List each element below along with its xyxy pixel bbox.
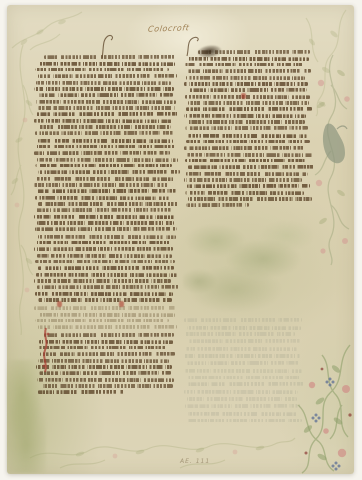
right-column-main <box>186 50 312 210</box>
text-line <box>38 266 174 270</box>
text-line <box>34 215 175 219</box>
text-line <box>184 114 306 118</box>
text-line <box>44 54 176 58</box>
text-line <box>186 107 312 111</box>
text-line <box>44 332 174 336</box>
text-line <box>186 172 308 176</box>
text-line <box>39 371 171 375</box>
text-line <box>35 100 176 104</box>
text-line <box>38 170 180 174</box>
text-line <box>188 376 301 380</box>
text-line <box>34 305 176 309</box>
text-line <box>188 133 307 137</box>
text-line <box>38 390 124 394</box>
text-line <box>188 339 303 343</box>
text-line <box>35 292 173 296</box>
text-line <box>184 178 302 182</box>
text-line <box>184 82 308 86</box>
text-line <box>185 95 310 99</box>
text-line <box>188 69 311 73</box>
text-line <box>35 319 169 323</box>
text-line <box>186 419 302 423</box>
text-line <box>36 81 171 85</box>
text-line <box>36 273 177 277</box>
text-line <box>37 254 172 258</box>
rubric-touch <box>119 301 124 307</box>
text-line <box>186 347 297 351</box>
text-line <box>37 313 175 317</box>
text-line <box>188 101 309 105</box>
text-line <box>35 227 177 231</box>
rubric-touch <box>57 301 62 307</box>
text-line <box>186 382 304 386</box>
text-line <box>36 112 178 116</box>
text-line <box>37 189 176 193</box>
shelfmark: AE. 111 <box>180 458 210 465</box>
text-line <box>187 184 310 188</box>
text-line <box>38 325 177 329</box>
text-line <box>40 384 173 388</box>
text-line <box>35 68 169 72</box>
text-line <box>185 126 308 130</box>
text-line <box>184 354 300 358</box>
text-line <box>36 365 172 369</box>
text-line <box>38 359 169 363</box>
left-column-main <box>36 55 178 305</box>
text-line <box>185 63 303 67</box>
text-line <box>184 390 298 394</box>
bleedthrough-text <box>186 318 304 426</box>
text-line <box>38 74 177 78</box>
text-line <box>37 285 179 289</box>
text-line <box>35 260 175 264</box>
left-column-final <box>38 333 176 397</box>
text-line <box>34 183 168 187</box>
text-line <box>185 404 300 408</box>
text-line <box>36 177 174 181</box>
text-line <box>186 76 305 80</box>
header-inscription: Colocroft <box>147 23 190 33</box>
text-line <box>188 197 312 201</box>
text-line <box>36 208 172 212</box>
text-line <box>184 317 302 321</box>
text-line <box>38 234 176 238</box>
text-line <box>35 196 170 200</box>
text-line <box>38 202 178 206</box>
text-line <box>188 412 299 416</box>
text-line <box>35 131 174 135</box>
text-line <box>37 158 178 162</box>
text-line <box>185 332 295 336</box>
text-line <box>36 241 170 245</box>
text-line <box>34 119 172 123</box>
photo-frame: Colocroft AE. 111 <box>0 0 362 480</box>
text-line <box>184 145 304 149</box>
text-line <box>34 150 170 154</box>
text-line <box>187 361 299 365</box>
rubric-touch <box>241 93 246 99</box>
text-line <box>35 164 172 168</box>
text-line <box>188 165 314 169</box>
text-line <box>187 325 301 329</box>
text-line <box>37 125 171 129</box>
text-line <box>187 397 297 401</box>
text-line <box>185 369 302 373</box>
text-line <box>37 93 173 97</box>
text-line <box>187 153 312 157</box>
text-line <box>186 203 249 207</box>
left-column-faded <box>36 306 178 332</box>
text-line <box>40 352 175 356</box>
text-line <box>185 159 306 163</box>
text-line <box>39 340 173 344</box>
text-line <box>186 140 310 144</box>
faded-miniature <box>183 210 313 312</box>
text-line <box>38 106 175 110</box>
manuscript-photo-page: { "document": { "type": "illuminated med… <box>0 0 362 480</box>
text-line <box>37 346 167 350</box>
text-line <box>36 145 176 149</box>
text-line <box>37 62 175 66</box>
text-line <box>37 378 174 382</box>
text-line <box>34 246 173 250</box>
text-line <box>38 138 173 142</box>
text-line <box>187 120 305 124</box>
text-line <box>37 221 174 225</box>
text-line <box>185 191 304 195</box>
text-line <box>34 279 171 283</box>
text-line <box>187 88 307 92</box>
text-line <box>34 87 174 91</box>
